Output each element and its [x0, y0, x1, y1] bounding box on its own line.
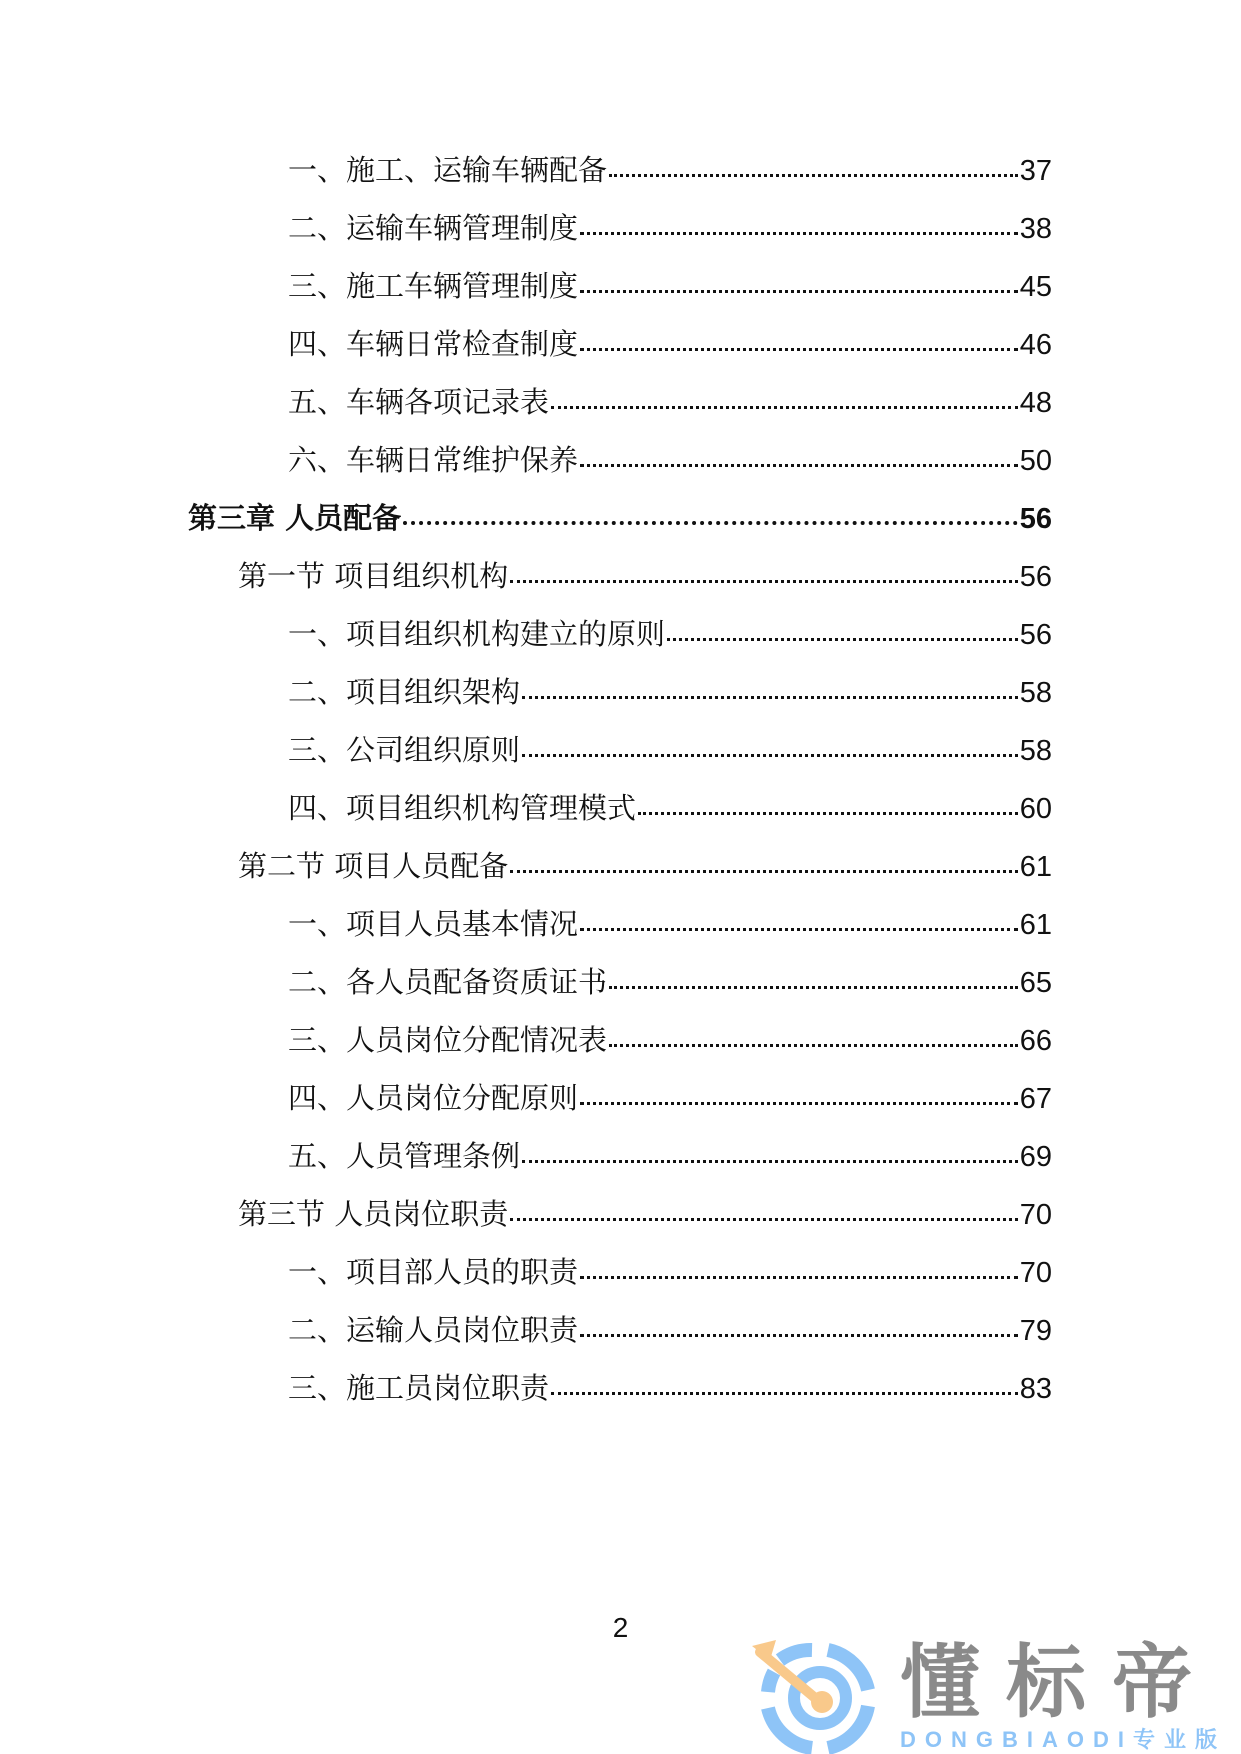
toc-leader-dots — [522, 1160, 1018, 1163]
toc-entry[interactable]: 二、运输车辆管理制度 38 — [288, 208, 1052, 248]
toc-entry[interactable]: 三、施工员岗位职责 83 — [288, 1368, 1052, 1408]
toc-entry-label: 一、项目部人员的职责 — [288, 1252, 578, 1292]
toc-entry[interactable]: 二、各人员配备资质证书 65 — [288, 962, 1052, 1002]
toc-entry-label: 一、施工、运输车辆配备 — [288, 150, 607, 190]
toc-entry-page: 67 — [1020, 1079, 1052, 1119]
toc-leader-dots — [580, 1102, 1018, 1105]
toc-entry[interactable]: 二、运输人员岗位职责 79 — [288, 1310, 1052, 1350]
toc-entry-page: 60 — [1020, 789, 1052, 829]
toc-section-entry[interactable]: 第三节 人员岗位职责 70 — [238, 1194, 1052, 1234]
toc-entry-page: 46 — [1020, 325, 1052, 365]
toc-entry-label: 四、项目组织机构管理模式 — [288, 788, 636, 828]
toc-entry-page: 45 — [1020, 267, 1052, 307]
toc-entry-page: 70 — [1020, 1253, 1052, 1293]
toc-entry[interactable]: 二、项目组织架构 58 — [288, 672, 1052, 712]
toc-entry-label: 第三节 人员岗位职责 — [238, 1194, 508, 1234]
toc-leader-dots — [510, 580, 1018, 583]
toc-entry-label: 四、人员岗位分配原则 — [288, 1078, 578, 1118]
toc-leader-dots — [551, 1392, 1018, 1395]
toc-leader-dots — [580, 232, 1018, 235]
toc-entry[interactable]: 一、施工、运输车辆配备 37 — [288, 150, 1052, 190]
toc-entry[interactable]: 四、人员岗位分配原则 67 — [288, 1078, 1052, 1118]
toc-entry-page: 38 — [1020, 209, 1052, 249]
toc-entry-page: 56 — [1020, 557, 1052, 597]
toc-entry-page: 61 — [1020, 905, 1052, 945]
toc-entry-label: 二、各人员配备资质证书 — [288, 962, 607, 1002]
toc-entry[interactable]: 四、项目组织机构管理模式 60 — [288, 788, 1052, 828]
toc-entry[interactable]: 三、人员岗位分配情况表 66 — [288, 1020, 1052, 1060]
watermark-title: 懂标帝 — [900, 1638, 1218, 1728]
toc-entry-label: 第一节 项目组织机构 — [238, 556, 508, 596]
toc-entry-label: 五、人员管理条例 — [288, 1136, 520, 1176]
toc-entry-page: 70 — [1020, 1195, 1052, 1235]
toc-entry-page: 69 — [1020, 1137, 1052, 1177]
toc-entry-label: 一、项目组织机构建立的原则 — [288, 614, 665, 654]
toc-leader-dots — [580, 348, 1018, 351]
toc-leader-dots — [403, 521, 1018, 525]
toc-entry-page: 50 — [1020, 441, 1052, 481]
toc-leader-dots — [580, 928, 1018, 931]
target-arrow-icon — [740, 1630, 880, 1754]
toc-leader-dots — [609, 1044, 1018, 1047]
toc-leader-dots — [522, 754, 1018, 757]
toc-entry[interactable]: 五、人员管理条例 69 — [288, 1136, 1052, 1176]
toc-entry[interactable]: 一、项目组织机构建立的原则 56 — [288, 614, 1052, 654]
toc-entry-label: 三、施工员岗位职责 — [288, 1368, 549, 1408]
toc-leader-dots — [510, 1218, 1018, 1221]
toc-leader-dots — [580, 1276, 1018, 1279]
toc-entry-label: 五、车辆各项记录表 — [288, 382, 549, 422]
toc-entry[interactable]: 六、车辆日常维护保养 50 — [288, 440, 1052, 480]
toc-entry-label: 四、车辆日常检查制度 — [288, 324, 578, 364]
toc-entry-page: 65 — [1020, 963, 1052, 1003]
toc-entry-page: 79 — [1020, 1311, 1052, 1351]
toc-section-entry[interactable]: 第二节 项目人员配备 61 — [238, 846, 1052, 886]
toc-leader-dots — [510, 870, 1018, 873]
toc-leader-dots — [551, 406, 1018, 409]
toc-entry-label: 一、项目人员基本情况 — [288, 904, 578, 944]
toc-entry-label: 第二节 项目人员配备 — [238, 846, 508, 886]
toc-entry-label: 二、项目组织架构 — [288, 672, 520, 712]
toc-entry[interactable]: 一、项目部人员的职责 70 — [288, 1252, 1052, 1292]
watermark-logo: 懂标帝 DONGBIAODI专业版 — [740, 1630, 1240, 1754]
toc-entry-label: 第三章 人员配备 — [188, 498, 401, 538]
toc-entry-page: 37 — [1020, 151, 1052, 191]
toc-entry-label: 六、车辆日常维护保养 — [288, 440, 578, 480]
toc-leader-dots — [638, 812, 1018, 815]
toc-entry[interactable]: 一、项目人员基本情况 61 — [288, 904, 1052, 944]
toc-section-entry[interactable]: 第一节 项目组织机构 56 — [238, 556, 1052, 596]
toc-leader-dots — [609, 174, 1018, 177]
toc-leader-dots — [580, 1334, 1018, 1337]
toc-leader-dots — [522, 696, 1018, 699]
toc-entry-label: 三、施工车辆管理制度 — [288, 266, 578, 306]
toc-entry-page: 56 — [1020, 615, 1052, 655]
watermark-subtitle: DONGBIAODI专业版 — [900, 1728, 1226, 1752]
toc-entry-label: 二、运输车辆管理制度 — [288, 208, 578, 248]
toc-entry[interactable]: 五、车辆各项记录表 48 — [288, 382, 1052, 422]
toc-leader-dots — [580, 290, 1018, 293]
toc-chapter-entry[interactable]: 第三章 人员配备 56 — [188, 498, 1052, 538]
toc-entry-page: 66 — [1020, 1021, 1052, 1061]
toc-entry-page: 83 — [1020, 1369, 1052, 1409]
toc-entry-label: 三、公司组织原则 — [288, 730, 520, 770]
toc-entry-label: 三、人员岗位分配情况表 — [288, 1020, 607, 1060]
toc-leader-dots — [667, 638, 1018, 641]
toc-entry[interactable]: 四、车辆日常检查制度 46 — [288, 324, 1052, 364]
toc-entry-page: 48 — [1020, 383, 1052, 423]
toc-entry-page: 58 — [1020, 673, 1052, 713]
toc-leader-dots — [580, 464, 1018, 467]
toc-entry-page: 61 — [1020, 847, 1052, 887]
toc-entry-page: 58 — [1020, 731, 1052, 771]
toc-entry-page: 56 — [1020, 499, 1052, 539]
toc-entry[interactable]: 三、施工车辆管理制度 45 — [288, 266, 1052, 306]
toc-entry[interactable]: 三、公司组织原则 58 — [288, 730, 1052, 770]
toc-entry-label: 二、运输人员岗位职责 — [288, 1310, 578, 1350]
toc-leader-dots — [609, 986, 1018, 989]
